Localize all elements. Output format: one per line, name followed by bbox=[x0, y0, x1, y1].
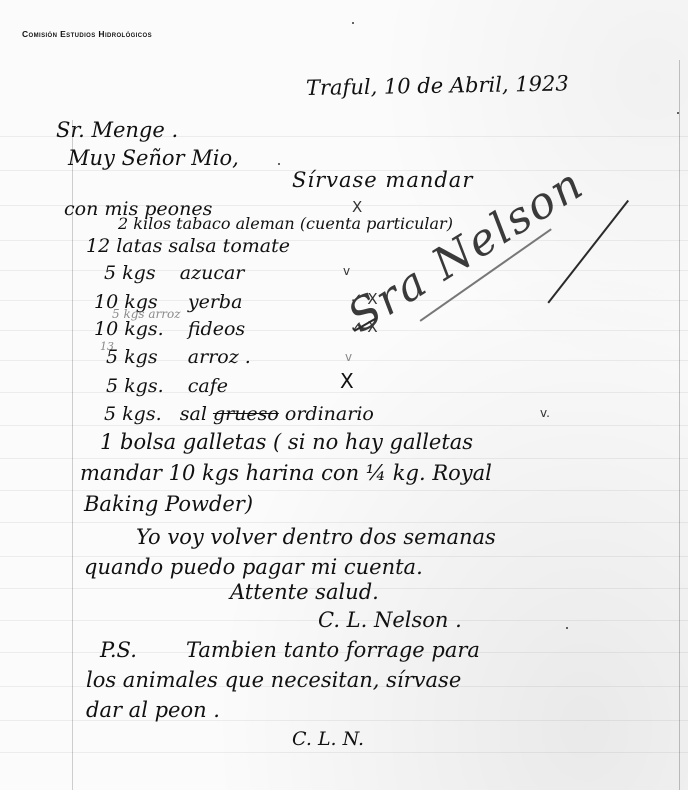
galletas-line-2: mandar 10 kgs harina con ¼ kg. Royal bbox=[80, 461, 492, 485]
ruled-line bbox=[0, 752, 688, 753]
item-desc: fideos bbox=[188, 318, 245, 340]
item-desc: sal bbox=[180, 403, 207, 425]
item-qty: 5 bbox=[106, 375, 118, 397]
item-desc: arroz . bbox=[188, 346, 251, 368]
list-item: 5 kgs. cafe bbox=[106, 375, 228, 397]
item-mark: v. bbox=[540, 406, 550, 420]
list-item: 5 kgs azucar bbox=[104, 262, 244, 284]
item-desc: yerba bbox=[188, 291, 243, 313]
body-line-1: Yo voy volver dentro dos semanas bbox=[136, 525, 496, 549]
list-item: 5 kgs. sal grueso ordinario bbox=[104, 403, 374, 425]
intro-line-1: Sírvase mandar bbox=[292, 168, 473, 192]
item-desc: tabaco aleman (cuenta particular) bbox=[176, 214, 453, 233]
list-item: 2 kilos tabaco aleman (cuenta particular… bbox=[118, 214, 453, 233]
signature: C. L. Nelson . bbox=[318, 608, 462, 632]
right-margin-line bbox=[679, 60, 680, 790]
ruled-line bbox=[0, 360, 688, 361]
item-desc: azucar bbox=[180, 262, 245, 284]
paper-speck bbox=[278, 163, 280, 165]
item-unit: kgs bbox=[122, 262, 155, 284]
item-qty: 2 bbox=[118, 214, 128, 233]
item-qty: 12 bbox=[86, 235, 110, 257]
body-line-2: quando puedo pagar mi cuenta. bbox=[84, 555, 423, 579]
galletas-line-1: 1 bolsa galletas ( si no hay galletas bbox=[100, 430, 473, 454]
list-item: 12 latas salsa tomate bbox=[86, 235, 290, 257]
paper-speck bbox=[677, 112, 679, 114]
item-desc: salsa tomate bbox=[168, 235, 290, 257]
item-mark: v bbox=[343, 264, 350, 278]
letterhead: Comisión Estudios Hidrológicos bbox=[22, 29, 152, 39]
ps-line-1: Tambien tanto forrage para bbox=[186, 638, 480, 662]
ps-line-3: dar al peon . bbox=[86, 698, 220, 722]
item-mark: X bbox=[352, 198, 362, 216]
ps-initials: C. L. N. bbox=[292, 728, 364, 750]
ps-label: P.S. bbox=[100, 638, 137, 662]
ps-line-2: los animales que necesitan, sírvase bbox=[86, 668, 461, 692]
ruled-line bbox=[0, 490, 688, 491]
item-unit: kgs bbox=[124, 346, 157, 368]
salutation: Muy Señor Mio, bbox=[68, 146, 239, 170]
item-mark: v bbox=[345, 350, 352, 364]
item-mark: X bbox=[340, 369, 354, 393]
item-qty: 5 bbox=[104, 403, 116, 425]
item-unit: kgs. bbox=[124, 375, 163, 397]
item-unit: latas bbox=[116, 235, 162, 257]
item-qty: 5 bbox=[106, 346, 118, 368]
ruled-line bbox=[0, 458, 688, 459]
salutation-name: Sr. Menge . bbox=[56, 118, 178, 142]
item-qty: 10 bbox=[94, 318, 118, 340]
closing: Attente salud. bbox=[230, 580, 379, 604]
item-desc: cafe bbox=[188, 375, 228, 397]
item-qty: 5 bbox=[104, 262, 116, 284]
item-unit: kgs. bbox=[122, 403, 161, 425]
galletas-line-3: Baking Powder) bbox=[84, 492, 253, 516]
paper-speck bbox=[352, 22, 354, 24]
paper-speck bbox=[566, 627, 568, 629]
ruled-line bbox=[0, 522, 688, 523]
ruled-line bbox=[0, 425, 688, 426]
item-unit: kilos bbox=[133, 214, 171, 233]
item-struck-word: grueso bbox=[213, 403, 279, 425]
list-item: 5 kgs arroz . bbox=[106, 346, 251, 368]
letter-page: Comisión Estudios Hidrológicos Traful, 1… bbox=[0, 0, 688, 790]
item-desc-after: ordinario bbox=[285, 403, 374, 425]
item-unit: kgs. bbox=[124, 318, 163, 340]
place-date: Traful, 10 de Abril, 1923 bbox=[306, 71, 569, 100]
left-margin-line bbox=[72, 120, 73, 790]
list-item: 10 kgs. fideos bbox=[94, 318, 245, 340]
